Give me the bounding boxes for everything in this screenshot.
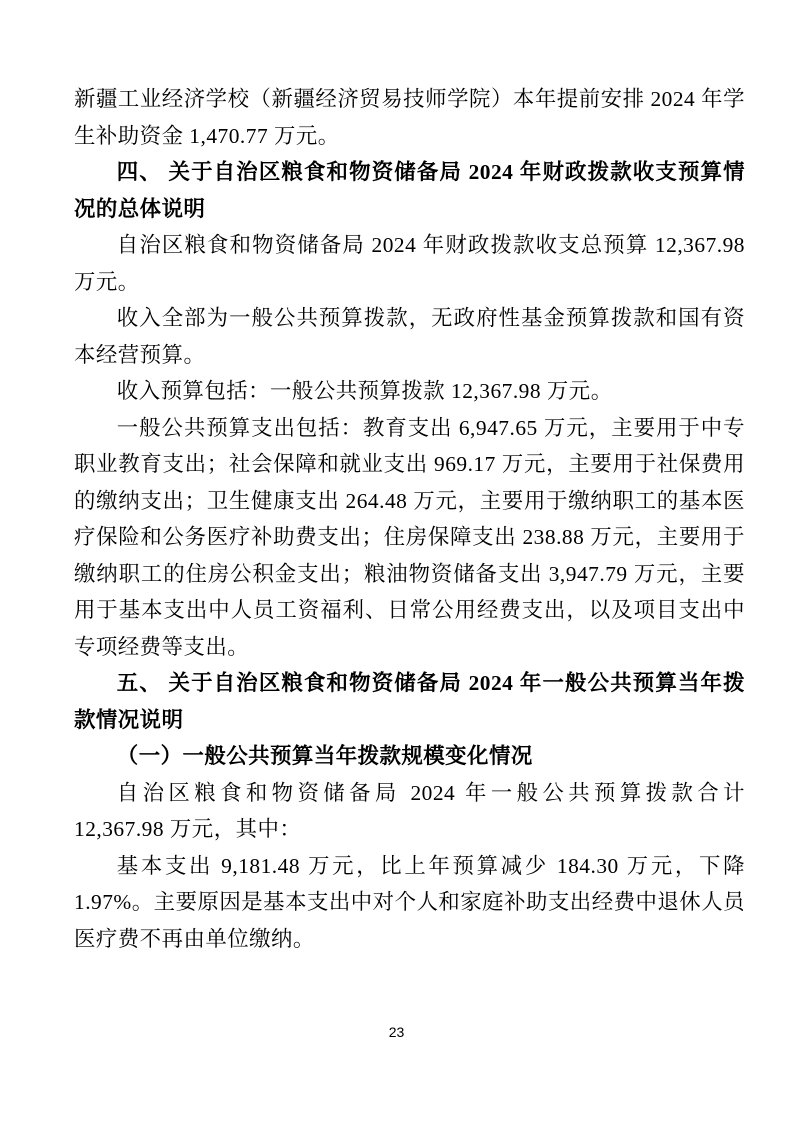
document-content: 新疆工业经济学校（新疆经济贸易技师学院）本年提前安排 2024 年学生补助资金 … xyxy=(74,81,745,957)
section-heading-5: 五、 关于自治区粮食和物资储备局 2024 年一般公共预算当年拨款情况说明 xyxy=(74,665,745,738)
paragraph-continuation: 新疆工业经济学校（新疆经济贸易技师学院）本年提前安排 2024 年学生补助资金 … xyxy=(74,81,745,154)
paragraph-income-source: 收入全部为一般公共预算拨款，无政府性基金预算拨款和国有资本经营预算。 xyxy=(74,300,745,373)
paragraph-income-budget: 收入预算包括：一般公共预算拨款 12,367.98 万元。 xyxy=(74,373,745,410)
document-page: 新疆工业经济学校（新疆经济贸易技师学院）本年提前安排 2024 年学生补助资金 … xyxy=(0,0,793,1122)
paragraph-total-budget: 自治区粮食和物资储备局 2024 年财政拨款收支总预算 12,367.98 万元… xyxy=(74,227,745,300)
paragraph-allocation-total: 自治区粮食和物资储备局 2024 年一般公共预算拨款合计 12,367.98 万… xyxy=(74,775,745,848)
paragraph-basic-expenditure: 基本支出 9,181.48 万元，比上年预算减少 184.30 万元，下降 1.… xyxy=(74,848,745,958)
subsection-heading-5-1: （一）一般公共预算当年拨款规模变化情况 xyxy=(74,738,745,775)
section-heading-4: 四、 关于自治区粮食和物资储备局 2024 年财政拨款收支预算情况的总体说明 xyxy=(74,154,745,227)
paragraph-expenditure-breakdown: 一般公共预算支出包括：教育支出 6,947.65 万元，主要用于中专职业教育支出… xyxy=(74,410,745,666)
page-number: 23 xyxy=(0,1024,793,1040)
